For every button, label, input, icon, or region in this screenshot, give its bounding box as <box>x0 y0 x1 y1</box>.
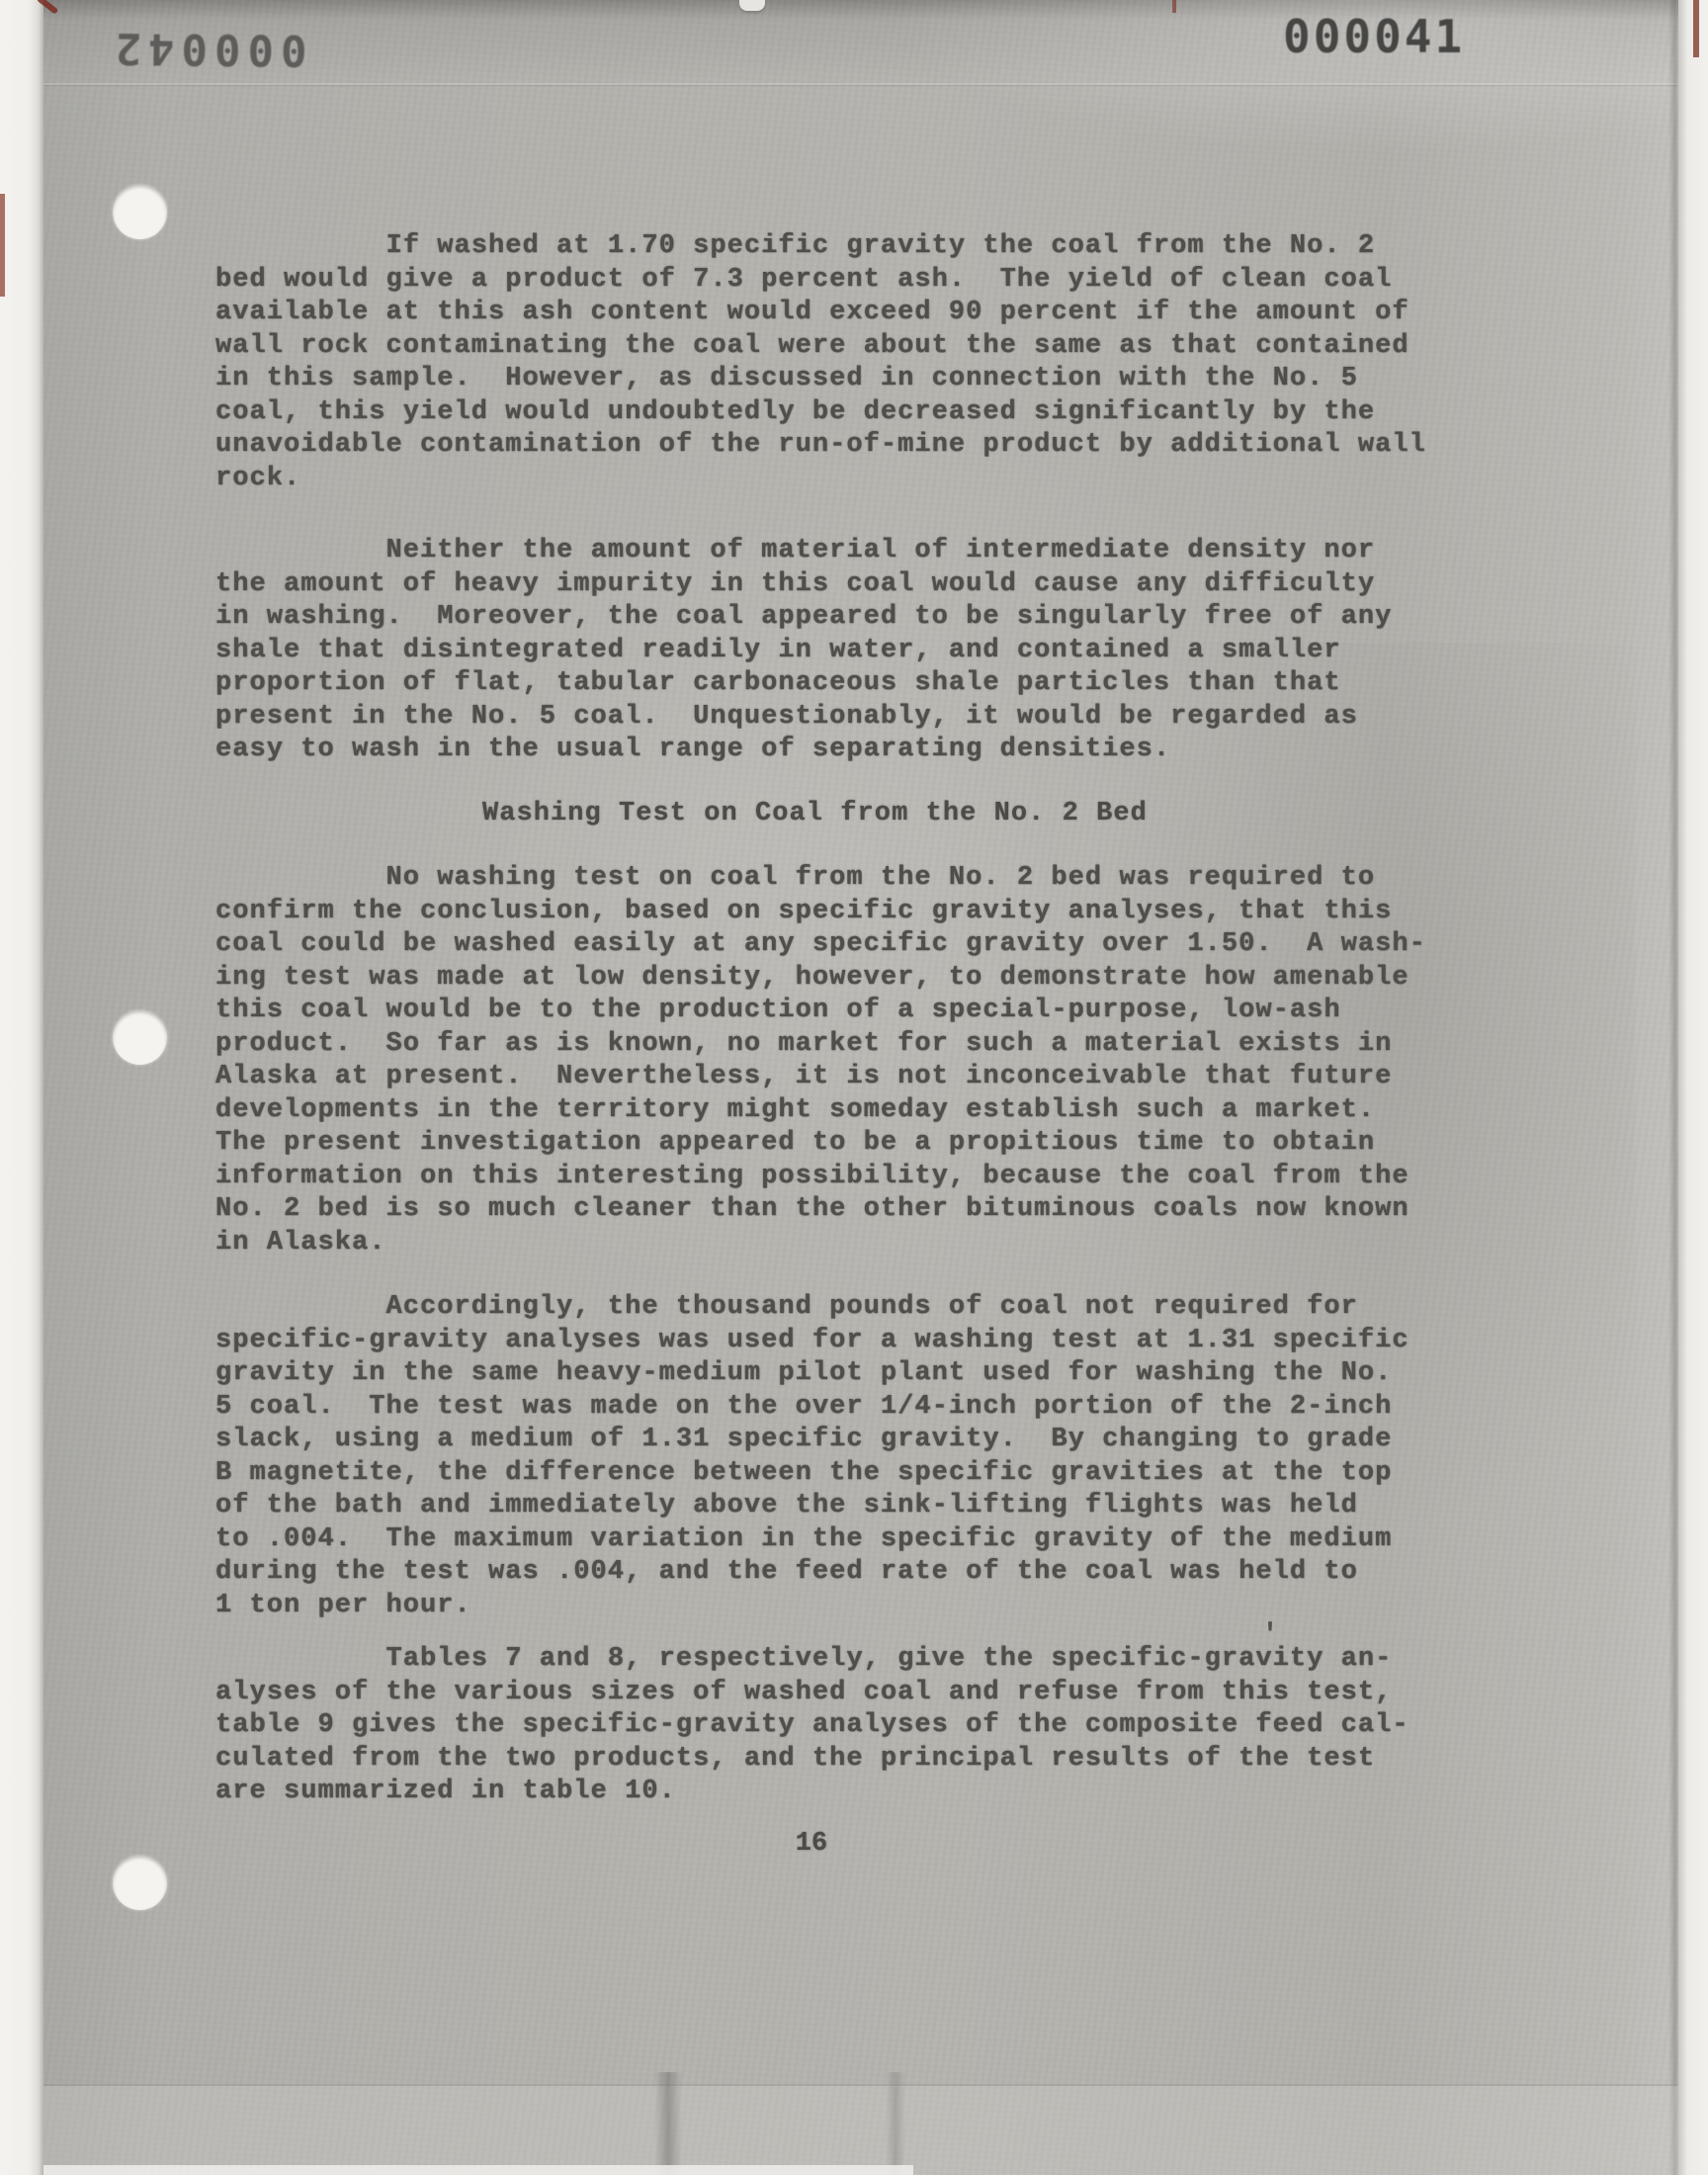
section-heading: Washing Test on Coal from the No. 2 Bed <box>482 798 1148 831</box>
paragraph-2: Neither the amount of material of interm… <box>215 535 1530 767</box>
left-scan-margin <box>0 0 43 2175</box>
bottom-scan-margin <box>43 2165 913 2175</box>
right-scan-margin <box>1678 0 1708 2175</box>
red-film-artifact <box>1172 0 1176 13</box>
page-number: 16 <box>777 1829 846 1859</box>
serial-stamp: 000041 <box>1283 10 1465 63</box>
paragraph-5: Tables 7 and 8, respectively, give the s… <box>215 1643 1530 1809</box>
scanned-document-page: 000042 000041 If washed at 1.70 specific… <box>0 0 1708 2175</box>
paragraph-3: No washing test on coal from the No. 2 b… <box>215 862 1530 1260</box>
punch-hole <box>113 1010 167 1065</box>
punch-hole <box>113 185 167 239</box>
paragraph-1: If washed at 1.70 specific gravity the c… <box>215 230 1530 495</box>
paragraph-4: Accordingly, the thousand pounds of coal… <box>215 1291 1530 1622</box>
bottom-smudge-streak <box>654 2072 682 2175</box>
bottom-page-edge <box>43 2084 1678 2175</box>
serial-stamp-upside-down: 000042 <box>107 23 309 75</box>
red-film-artifact <box>1693 0 1699 57</box>
bottom-smudge-streak <box>886 2072 905 2175</box>
top-edge-notch <box>739 0 765 11</box>
underlying-page-edge-line <box>43 83 1678 85</box>
red-film-artifact <box>0 194 5 297</box>
punch-hole <box>113 1856 167 1910</box>
